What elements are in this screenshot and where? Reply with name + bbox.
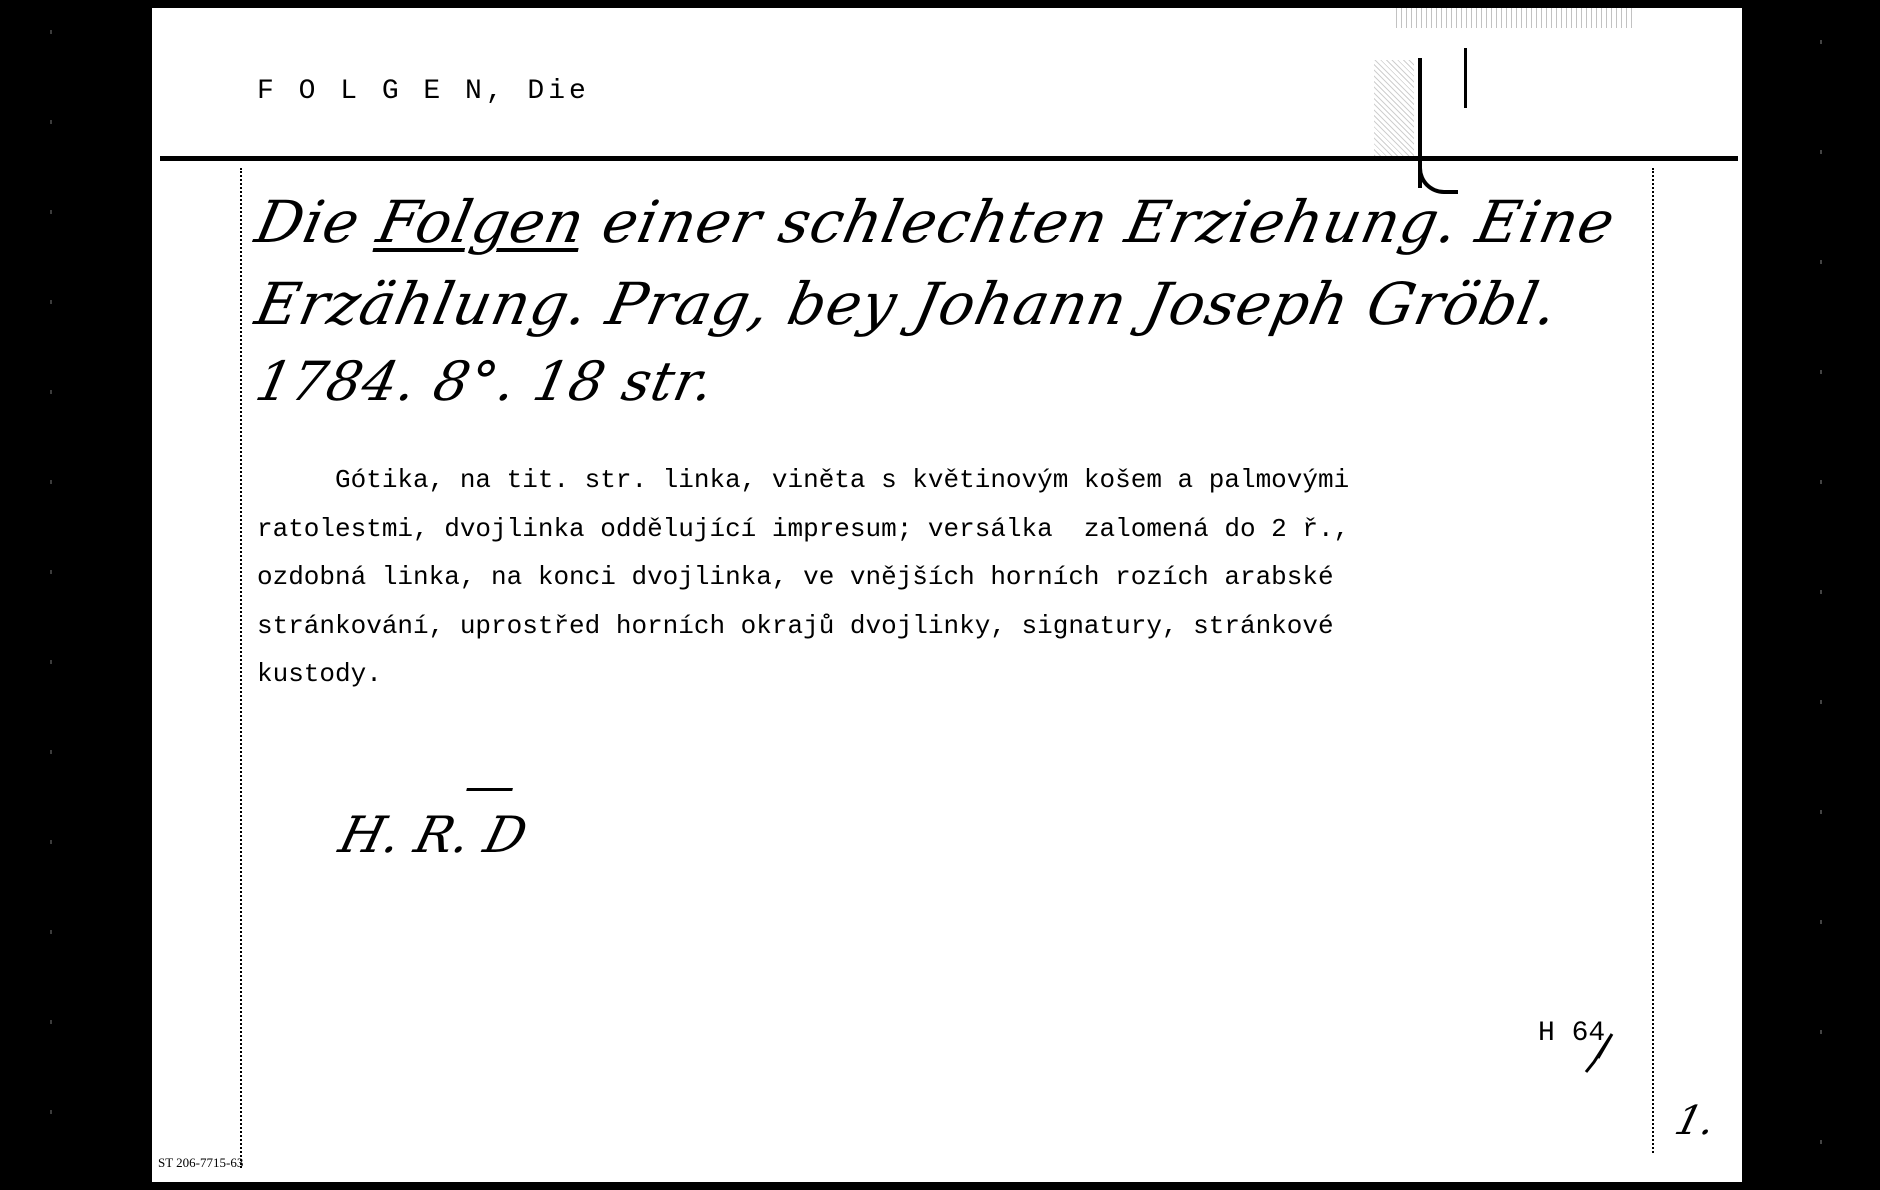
left-margin-line [240, 168, 242, 1168]
handwritten-text: Die [250, 188, 386, 256]
catalog-card: F O L G E N, Die Die Folgen einer schlec… [152, 8, 1742, 1182]
print-stamp: ST 206-7715-63 [158, 1155, 243, 1171]
card-number: 1. [1670, 1098, 1720, 1144]
handwritten-title-line-2: Erzählung. Prag, bey Johann Joseph Gröbl… [250, 270, 1565, 338]
description-text: Gótika, na tit. str. linka, viněta s kvě… [257, 456, 1657, 699]
description-line: ozdobná linka, na konci dvojlinka, ve vn… [257, 553, 1657, 602]
checkmark-icon [1584, 1028, 1614, 1078]
card-heading: F O L G E N, Die [257, 76, 590, 107]
handwritten-initials: H. R. D [241, 748, 547, 980]
description-line: kustody. [257, 650, 1657, 699]
strike-mark [466, 788, 513, 791]
scan-edge-noise [50, 0, 52, 1190]
description-line: ratolestmi, dvojlinka oddělující impresu… [257, 505, 1657, 554]
initials-text: H. R. D [334, 806, 533, 864]
description-line: Gótika, na tit. str. linka, viněta s kvě… [257, 456, 1657, 505]
scan-smudge [1392, 8, 1632, 28]
handwritten-text: einer schlechten Erziehung. Eine [577, 188, 1621, 256]
pencil-mark [1464, 48, 1467, 108]
handwritten-title-line-3: 1784. 8°. 18 str. [250, 350, 720, 413]
header-rule [160, 156, 1738, 161]
description-line: stránkování, uprostřed horních okrajů dv… [257, 602, 1657, 651]
handwritten-underlined-word: Folgen [372, 188, 592, 256]
scan-smudge [1374, 60, 1414, 160]
handwritten-title-line-1: Die Folgen einer schlechten Erziehung. E… [250, 188, 1622, 256]
scan-edge-noise [1820, 0, 1822, 1190]
